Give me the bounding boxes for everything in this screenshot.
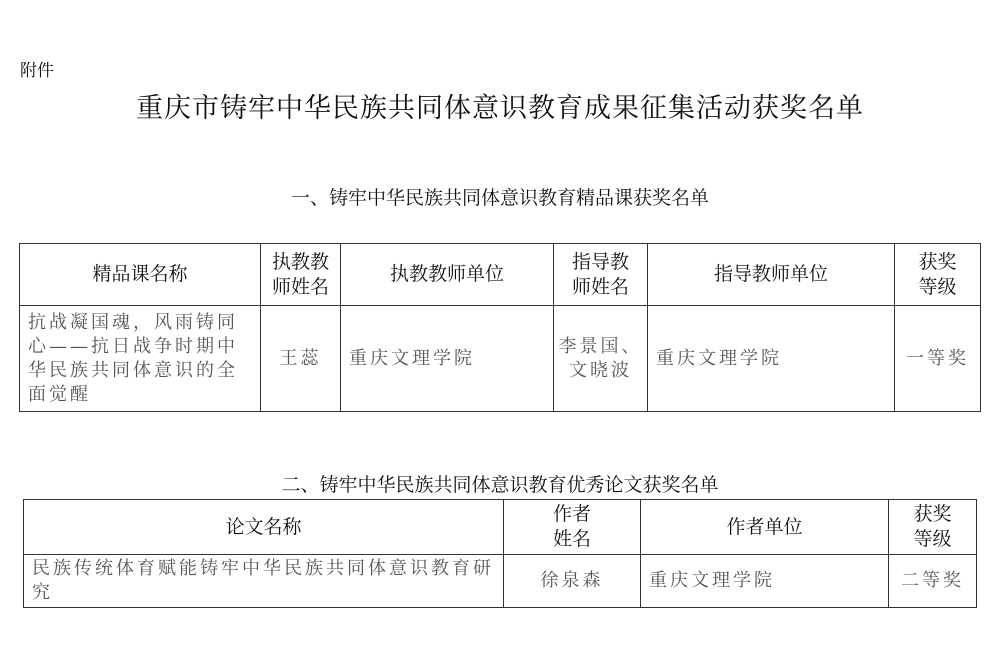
table-row: 抗战凝国魂，风雨铸同心——抗日战争时期中华民族共同体意识的全面觉醒 王蕊 重庆文… (20, 306, 981, 412)
header-line: 作者 (504, 502, 640, 527)
header-line: 等级 (895, 275, 980, 300)
header-author-unit: 作者单位 (641, 500, 889, 555)
section2-title: 二、铸牢中华民族共同体意识教育优秀论文获奖名单 (0, 470, 1000, 497)
cell-paper-name: 民族传统体育赋能铸牢中华民族共同体意识教育研究 (24, 555, 504, 608)
cell-advisor-name: 李景国、文晓波 (554, 306, 648, 412)
header-advisor-name: 指导教 师姓名 (554, 244, 648, 306)
paper-awards-table: 论文名称 作者 姓名 作者单位 获奖 等级 民族传统体育赋能铸牢中华民族共同体意… (23, 499, 977, 608)
page-title: 重庆市铸牢中华民族共同体意识教育成果征集活动获奖名单 (0, 86, 1000, 125)
cell-teacher-name: 王蕊 (261, 306, 341, 412)
header-line: 等级 (889, 527, 976, 552)
attachment-label: 附件 (20, 56, 54, 81)
header-author-name: 作者 姓名 (504, 500, 641, 555)
header-line: 获奖 (895, 250, 980, 275)
cell-course-name: 抗战凝国魂，风雨铸同心——抗日战争时期中华民族共同体意识的全面觉醒 (20, 306, 261, 412)
header-award: 获奖 等级 (889, 500, 977, 555)
header-line: 姓名 (504, 527, 640, 552)
header-line: 获奖 (889, 502, 976, 527)
header-line: 师姓名 (261, 275, 340, 300)
header-teacher-unit: 执教教师单位 (341, 244, 554, 306)
table-row: 民族传统体育赋能铸牢中华民族共同体意识教育研究 徐泉森 重庆文理学院 二等奖 (24, 555, 977, 608)
cell-advisor-unit: 重庆文理学院 (648, 306, 895, 412)
section1-title: 一、铸牢中华民族共同体意识教育精品课获奖名单 (0, 183, 1000, 210)
table-header-row: 论文名称 作者 姓名 作者单位 获奖 等级 (24, 500, 977, 555)
cell-award: 二等奖 (889, 555, 977, 608)
cell-teacher-unit: 重庆文理学院 (341, 306, 554, 412)
header-paper-name: 论文名称 (24, 500, 504, 555)
header-teacher-name: 执教教 师姓名 (261, 244, 341, 306)
cell-author-unit: 重庆文理学院 (641, 555, 889, 608)
header-award: 获奖 等级 (895, 244, 981, 306)
header-line: 师姓名 (554, 275, 647, 300)
cell-award: 一等奖 (895, 306, 981, 412)
header-line: 执教教 (261, 250, 340, 275)
course-awards-table: 精品课名称 执教教 师姓名 执教教师单位 指导教 师姓名 指导教师单位 获奖 等… (19, 243, 981, 412)
header-line: 指导教 (554, 250, 647, 275)
cell-author-name: 徐泉森 (504, 555, 641, 608)
header-course-name: 精品课名称 (20, 244, 261, 306)
table-header-row: 精品课名称 执教教 师姓名 执教教师单位 指导教 师姓名 指导教师单位 获奖 等… (20, 244, 981, 306)
header-advisor-unit: 指导教师单位 (648, 244, 895, 306)
